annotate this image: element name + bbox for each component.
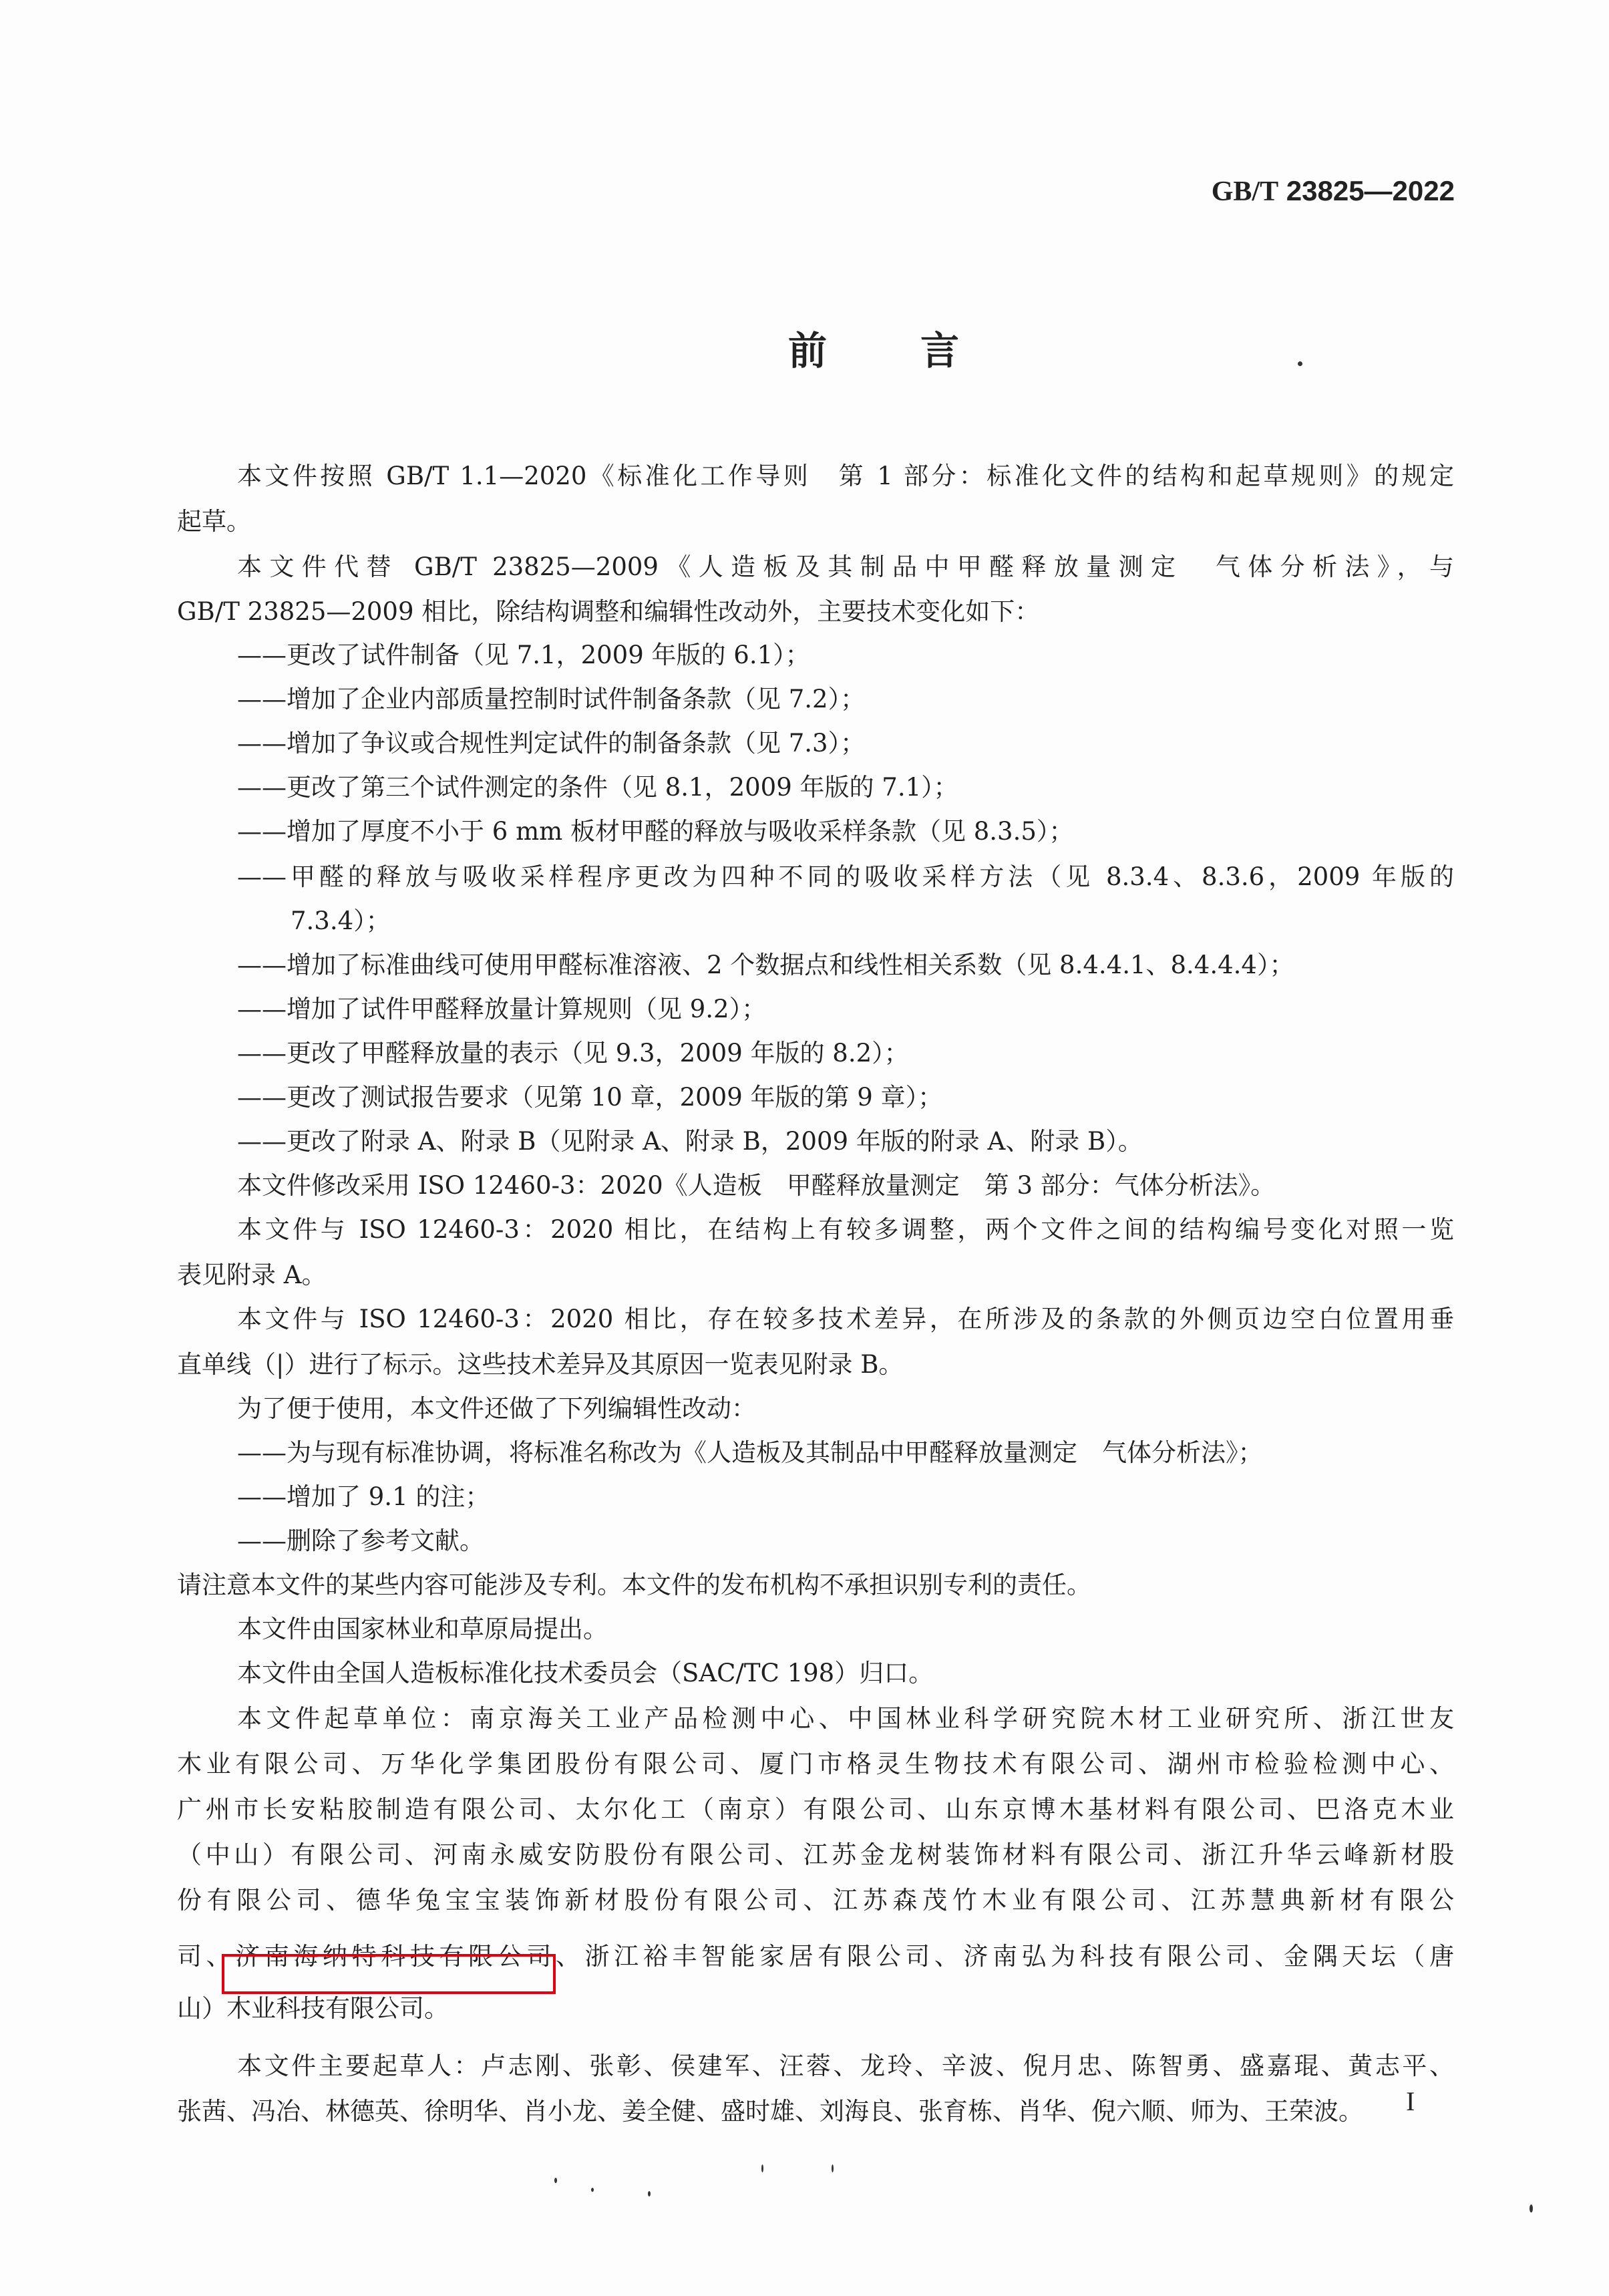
- text-line: GB/T 23825—2009 相比，除结构调整和编辑性改动外，主要技术变化如下…: [177, 590, 1454, 634]
- scan-speck: [648, 2191, 651, 2196]
- text-suffix: 、浙江裕丰智能家居有限公司、济南弘为科技有限公司、金隅天坛（唐: [556, 1942, 1454, 1971]
- text-line: 为了便于使用，本文件还做了下列编辑性改动：: [237, 1387, 1454, 1431]
- list-item: ——增加了 9.1 的注；: [237, 1475, 1454, 1519]
- text-line: 本文件与 ISO 12460-3：2020 相比，存在较多技术差异，在所涉及的条…: [237, 1297, 1454, 1341]
- patent-notice: 请注意本文件的某些内容可能涉及专利。本文件的发布机构不承担识别专利的责任。: [177, 1563, 1454, 1607]
- text-line: 直单线（|）进行了标示。这些技术差异及其原因一览表见附录 B。: [177, 1343, 1454, 1387]
- list-item: ——为与现有标准协调，将标准名称改为《人造板及其制品中甲醛释放量测定 气体分析法…: [237, 1431, 1454, 1475]
- text-line: 本文件由国家林业和草原局提出。: [237, 1607, 1454, 1651]
- highlight-box: [222, 1954, 556, 1994]
- text-line: 本文件起草单位：南京海关工业产品检测中心、中国林业科学研究院木材工业研究所、浙江…: [237, 1697, 1454, 1741]
- document-code-number: 23825—2022: [1286, 175, 1455, 206]
- scan-speck: [1530, 2204, 1533, 2212]
- list-item: ——更改了甲醛释放量的表示（见 9.3，2009 年版的 8.2）；: [237, 1031, 1454, 1076]
- scan-speck: [832, 2164, 834, 2172]
- list-item: ——增加了标准曲线可使用甲醛标准溶液、2 个数据点和线性相关系数（见 8.4.4…: [237, 943, 1454, 987]
- list-item: ——甲醛的释放与吸收采样程序更改为四种不同的吸收采样方法（见 8.3.4、8.3…: [237, 855, 1454, 899]
- list-item: ——更改了第三个试件测定的条件（见 8.1，2009 年版的 7.1）；: [237, 766, 1454, 810]
- document-page: GB/T 23825—2022 前言 本文件按照 GB/T 1.1—2020《标…: [0, 0, 1609, 2296]
- list-item: ——删除了参考文献。: [237, 1519, 1454, 1563]
- document-code-prefix: GB/T: [1212, 176, 1278, 207]
- text-line: 张茜、冯冶、林德英、徐明华、肖小龙、姜全健、盛时雄、刘海良、张育栋、肖华、倪六顺…: [177, 2090, 1454, 2134]
- list-item: ——更改了测试报告要求（见第 10 章，2009 年版的第 9 章）；: [237, 1076, 1454, 1120]
- scan-speck: [591, 2188, 594, 2192]
- list-item: ——更改了附录 A、附录 B（见附录 A、附录 B，2009 年版的附录 A、附…: [237, 1120, 1454, 1164]
- text-line: 起草。: [177, 500, 1454, 544]
- text-line: 本文件由全国人造板标准化技术委员会（SAC/TC 198）归口。: [237, 1651, 1454, 1695]
- scan-speck: [554, 2178, 557, 2183]
- scan-speck: [1298, 361, 1302, 366]
- text-line: （中山）有限公司、河南永威安防股份有限公司、江苏金龙树装饰材料有限公司、浙江升华…: [177, 1833, 1454, 1877]
- text-line: 木业有限公司、万华化学集团股份有限公司、厦门市格灵生物技术有限公司、湖州市检验检…: [177, 1742, 1454, 1786]
- page-title: 前言: [695, 319, 935, 375]
- scan-speck: [761, 2164, 763, 2172]
- list-item: ——增加了企业内部质量控制时试件制备条款（见 7.2）；: [237, 677, 1454, 721]
- list-item: ——增加了争议或合规性判定试件的制备条款（见 7.3）；: [237, 721, 1454, 766]
- text-line: 表见附录 A。: [177, 1253, 1454, 1297]
- list-item: ——增加了厚度不小于 6 mm 板材甲醛的释放与吸收采样条款（见 8.3.5）；: [237, 810, 1454, 854]
- text-line: 份有限公司、德华兔宝宝装饰新材股份有限公司、江苏森茂竹木业有限公司、江苏慧典新材…: [177, 1878, 1454, 1923]
- text-line: 本文件与 ISO 12460-3：2020 相比，在结构上有较多调整，两个文件之…: [237, 1208, 1454, 1252]
- text-line: 本文件主要起草人：卢志刚、张彰、侯建军、汪蓉、龙玲、辛波、倪月忠、陈智勇、盛嘉琨…: [237, 2044, 1454, 2088]
- text-line: 本文件修改采用 ISO 12460-3：2020《人造板 甲醛释放量测定 第 3…: [237, 1164, 1454, 1208]
- text-line: 本文件代替 GB/T 23825—2009《人造板及其制品中甲醛释放量测定 气体…: [237, 545, 1454, 589]
- list-item: ——增加了试件甲醛释放量计算规则（见 9.2）；: [237, 987, 1454, 1031]
- list-item-continuation: 7.3.4）；: [291, 899, 1454, 943]
- list-item: ——更改了试件制备（见 7.1，2009 年版的 6.1）；: [237, 633, 1454, 677]
- text-line: 广州市长安粘胶制造有限公司、太尔化工（南京）有限公司、山东京博木基材料有限公司、…: [177, 1788, 1454, 1832]
- page-number: I: [1406, 2086, 1415, 2117]
- document-code: GB/T 23825—2022: [1202, 175, 1455, 208]
- text-line: 本文件按照 GB/T 1.1—2020《标准化工作导则 第 1 部分：标准化文件…: [237, 454, 1454, 498]
